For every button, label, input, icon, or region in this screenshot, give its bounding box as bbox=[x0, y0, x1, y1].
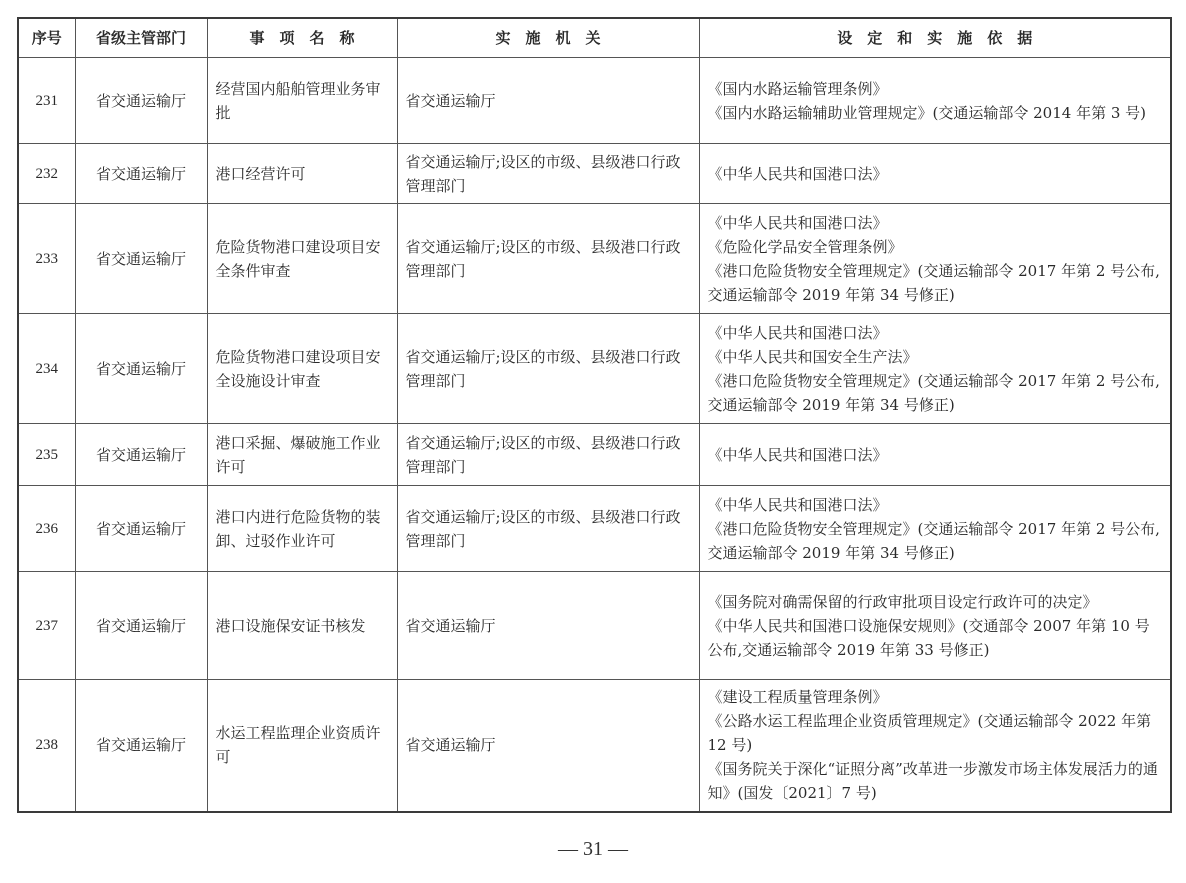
header-basis: 设 定 和 实 施 依 据 bbox=[699, 18, 1171, 58]
page-number: — 31 — bbox=[0, 838, 1186, 861]
row-agency: 省交通运输厅 bbox=[397, 680, 699, 812]
basis-line: 《建设工程质量管理条例》 bbox=[708, 685, 1163, 709]
row-agency: 省交通运输厅;设区的市级、县级港口行政管理部门 bbox=[397, 424, 699, 486]
row-basis: 《国内水路运输管理条例》 《国内水路运输辅助业管理规定》(交通运输部令 2014… bbox=[699, 58, 1171, 144]
row-basis: 《国务院对确需保留的行政审批项目设定行政许可的决定》 《中华人民共和国港口设施保… bbox=[699, 572, 1171, 680]
row-dept: 省交通运输厅 bbox=[75, 204, 207, 314]
row-no: 237 bbox=[18, 572, 75, 680]
row-no: 234 bbox=[18, 314, 75, 424]
basis-line: 《中华人民共和国港口法》 bbox=[708, 321, 1163, 345]
basis-line: 《中华人民共和国港口法》 bbox=[708, 211, 1163, 235]
row-item: 港口经营许可 bbox=[207, 144, 397, 204]
table-row: 235 省交通运输厅 港口采掘、爆破施工作业许可 省交通运输厅;设区的市级、县级… bbox=[18, 424, 1171, 486]
basis-line: 《中华人民共和国港口设施保安规则》(交通部令 2007 年第 10 号公布,交通… bbox=[708, 614, 1163, 662]
row-basis: 《中华人民共和国港口法》 《中华人民共和国安全生产法》 《港口危险货物安全管理规… bbox=[699, 314, 1171, 424]
table-row: 233 省交通运输厅 危险货物港口建设项目安全条件审查 省交通运输厅;设区的市级… bbox=[18, 204, 1171, 314]
table-row: 237 省交通运输厅 港口设施保安证书核发 省交通运输厅 《国务院对确需保留的行… bbox=[18, 572, 1171, 680]
header-no: 序号 bbox=[18, 18, 75, 58]
row-basis: 《中华人民共和国港口法》 bbox=[699, 144, 1171, 204]
table-row: 234 省交通运输厅 危险货物港口建设项目安全设施设计审查 省交通运输厅;设区的… bbox=[18, 314, 1171, 424]
basis-line: 《中华人民共和国港口法》 bbox=[708, 162, 1163, 186]
basis-line: 《中华人民共和国安全生产法》 bbox=[708, 345, 1163, 369]
row-dept: 省交通运输厅 bbox=[75, 680, 207, 812]
row-no: 231 bbox=[18, 58, 75, 144]
basis-line: 《港口危险货物安全管理规定》(交通运输部令 2017 年第 2 号公布,交通运输… bbox=[708, 259, 1163, 307]
row-no: 238 bbox=[18, 680, 75, 812]
row-item: 危险货物港口建设项目安全条件审查 bbox=[207, 204, 397, 314]
row-no: 236 bbox=[18, 486, 75, 572]
basis-line: 《国务院对确需保留的行政审批项目设定行政许可的决定》 bbox=[708, 590, 1163, 614]
row-basis: 《中华人民共和国港口法》 《港口危险货物安全管理规定》(交通运输部令 2017 … bbox=[699, 486, 1171, 572]
row-agency: 省交通运输厅;设区的市级、县级港口行政管理部门 bbox=[397, 314, 699, 424]
row-agency: 省交通运输厅 bbox=[397, 58, 699, 144]
row-dept: 省交通运输厅 bbox=[75, 424, 207, 486]
row-basis: 《中华人民共和国港口法》 bbox=[699, 424, 1171, 486]
basis-line: 《中华人民共和国港口法》 bbox=[708, 443, 1163, 467]
header-dept: 省级主管部门 bbox=[75, 18, 207, 58]
basis-line: 《国务院关于深化“证照分离”改革进一步激发市场主体发展活力的通知》(国发〔202… bbox=[708, 757, 1163, 805]
row-item: 港口内进行危险货物的装卸、过驳作业许可 bbox=[207, 486, 397, 572]
basis-line: 《公路水运工程监理企业资质管理规定》(交通运输部令 2022 年第 12 号) bbox=[708, 709, 1163, 757]
row-dept: 省交通运输厅 bbox=[75, 144, 207, 204]
row-dept: 省交通运输厅 bbox=[75, 572, 207, 680]
row-item: 港口设施保安证书核发 bbox=[207, 572, 397, 680]
row-no: 232 bbox=[18, 144, 75, 204]
basis-line: 《中华人民共和国港口法》 bbox=[708, 493, 1163, 517]
table-row: 231 省交通运输厅 经营国内船舶管理业务审批 省交通运输厅 《国内水路运输管理… bbox=[18, 58, 1171, 144]
row-item: 港口采掘、爆破施工作业许可 bbox=[207, 424, 397, 486]
table-row: 236 省交通运输厅 港口内进行危险货物的装卸、过驳作业许可 省交通运输厅;设区… bbox=[18, 486, 1171, 572]
row-item: 水运工程监理企业资质许可 bbox=[207, 680, 397, 812]
row-basis: 《中华人民共和国港口法》 《危险化学品安全管理条例》 《港口危险货物安全管理规定… bbox=[699, 204, 1171, 314]
row-agency: 省交通运输厅;设区的市级、县级港口行政管理部门 bbox=[397, 486, 699, 572]
row-no: 235 bbox=[18, 424, 75, 486]
header-agency: 实 施 机 关 bbox=[397, 18, 699, 58]
basis-line: 《国内水路运输管理条例》 bbox=[708, 77, 1163, 101]
row-basis: 《建设工程质量管理条例》 《公路水运工程监理企业资质管理规定》(交通运输部令 2… bbox=[699, 680, 1171, 812]
header-item: 事 项 名 称 bbox=[207, 18, 397, 58]
table-header-row: 序号 省级主管部门 事 项 名 称 实 施 机 关 设 定 和 实 施 依 据 bbox=[18, 18, 1171, 58]
basis-line: 《港口危险货物安全管理规定》(交通运输部令 2017 年第 2 号公布,交通运输… bbox=[708, 369, 1163, 417]
row-agency: 省交通运输厅;设区的市级、县级港口行政管理部门 bbox=[397, 204, 699, 314]
row-dept: 省交通运输厅 bbox=[75, 486, 207, 572]
table-row: 232 省交通运输厅 港口经营许可 省交通运输厅;设区的市级、县级港口行政管理部… bbox=[18, 144, 1171, 204]
row-dept: 省交通运输厅 bbox=[75, 314, 207, 424]
row-agency: 省交通运输厅;设区的市级、县级港口行政管理部门 bbox=[397, 144, 699, 204]
row-item: 危险货物港口建设项目安全设施设计审查 bbox=[207, 314, 397, 424]
basis-line: 《国内水路运输辅助业管理规定》(交通运输部令 2014 年第 3 号) bbox=[708, 101, 1163, 125]
row-agency: 省交通运输厅 bbox=[397, 572, 699, 680]
row-no: 233 bbox=[18, 204, 75, 314]
row-item: 经营国内船舶管理业务审批 bbox=[207, 58, 397, 144]
permit-table: 序号 省级主管部门 事 项 名 称 实 施 机 关 设 定 和 实 施 依 据 … bbox=[17, 17, 1172, 813]
table-row: 238 省交通运输厅 水运工程监理企业资质许可 省交通运输厅 《建设工程质量管理… bbox=[18, 680, 1171, 812]
row-dept: 省交通运输厅 bbox=[75, 58, 207, 144]
basis-line: 《港口危险货物安全管理规定》(交通运输部令 2017 年第 2 号公布,交通运输… bbox=[708, 517, 1163, 565]
basis-line: 《危险化学品安全管理条例》 bbox=[708, 235, 1163, 259]
